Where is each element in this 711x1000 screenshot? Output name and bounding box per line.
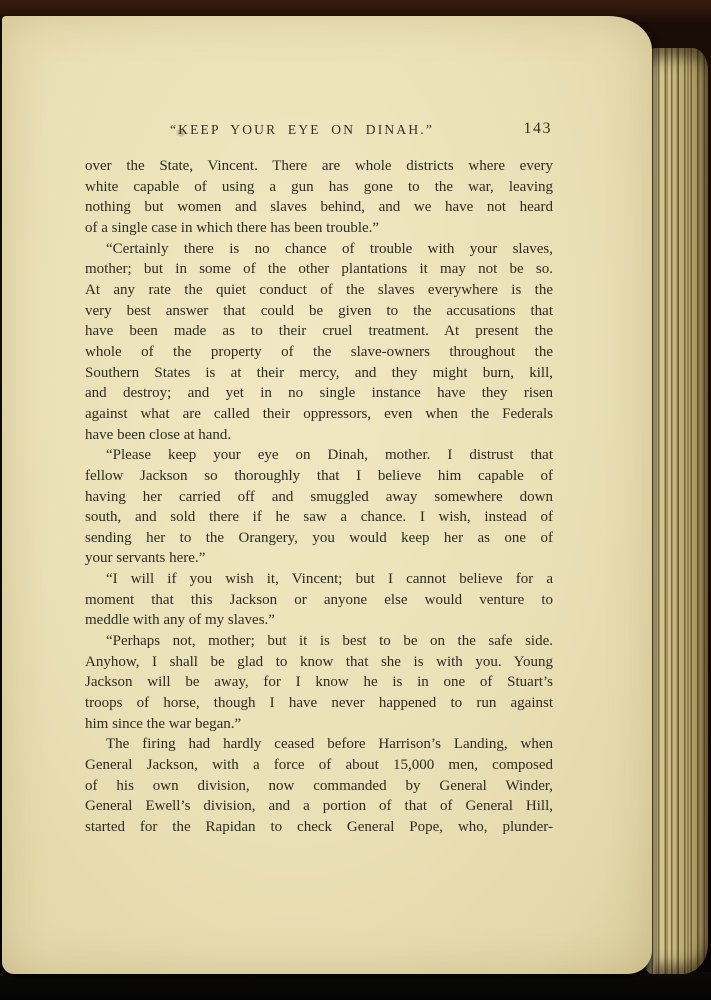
text-line: Anyhow, I shall be glad to know that she… — [85, 652, 553, 673]
text-line: moment that this Jackson or anyone else … — [85, 590, 553, 611]
text-line: over the State, Vincent. There are whole… — [85, 156, 553, 177]
paragraph: “Certainly there is no chance of trouble… — [85, 239, 553, 446]
text-line: have been made as to their cruel treatme… — [85, 321, 553, 342]
text-line: having her carried off and smuggled away… — [85, 487, 553, 508]
text-line: started for the Rapidan to check General… — [85, 817, 553, 838]
text-line: have been close at hand. — [85, 425, 553, 446]
paragraph: “Please keep your eye on Dinah, mother. … — [85, 445, 553, 569]
running-header: “KEEP YOUR EYE ON DINAH.” 143 — [85, 122, 553, 142]
paragraph: “I will if you wish it, Vincent; but I c… — [85, 569, 553, 631]
text-line: “Perhaps not, mother; but it is best to … — [85, 631, 553, 652]
text-line: him since the war began.” — [85, 714, 553, 735]
text-line: troops of horse, though I have never hap… — [85, 693, 553, 714]
paragraph: over the State, Vincent. There are whole… — [85, 156, 553, 239]
chapter-running-title: “KEEP YOUR EYE ON DINAH.” — [85, 122, 553, 138]
text-line: At any rate the quiet conduct of the sla… — [85, 280, 553, 301]
book-cover-bottom — [0, 972, 711, 1000]
text-line: white capable of using a gun has gone to… — [85, 177, 553, 198]
text-line: sending her to the Orangery, you would k… — [85, 528, 553, 549]
text-line: General Jackson, with a force of about 1… — [85, 755, 553, 776]
text-line: meddle with any of my slaves.” — [85, 610, 553, 631]
text-line: “Certainly there is no chance of trouble… — [85, 239, 553, 260]
paragraph: The firing had hardly ceased before Harr… — [85, 734, 553, 837]
text-line: Southern States is at their mercy, and t… — [85, 363, 553, 384]
text-line: The firing had hardly ceased before Harr… — [85, 734, 553, 755]
text-line: whole of the property of the slave-owner… — [85, 342, 553, 363]
text-line: south, and sold there if he saw a chance… — [85, 507, 553, 528]
text-line: fellow Jackson so thoroughly that I beli… — [85, 466, 553, 487]
page-edges-stack — [645, 48, 708, 974]
text-line: mother; but in some of the other plantat… — [85, 259, 553, 280]
text-line: nothing but women and slaves behind, and… — [85, 197, 553, 218]
paragraph: “Perhaps not, mother; but it is best to … — [85, 631, 553, 734]
text-line: very best answer that could be given to … — [85, 301, 553, 322]
text-line: and destroy; and yet in no single instan… — [85, 383, 553, 404]
text-line: against what are called their oppressors… — [85, 404, 553, 425]
page-body: over the State, Vincent. There are whole… — [85, 156, 553, 838]
page-number: 143 — [524, 120, 553, 138]
page-content: “KEEP YOUR EYE ON DINAH.” 143 over the S… — [85, 16, 553, 838]
book-page: “KEEP YOUR EYE ON DINAH.” 143 over the S… — [2, 16, 652, 974]
text-line: Jackson will be away, for I know he is i… — [85, 672, 553, 693]
text-line: of his own division, now commanded by Ge… — [85, 776, 553, 797]
text-line: “Please keep your eye on Dinah, mother. … — [85, 445, 553, 466]
text-line: “I will if you wish it, Vincent; but I c… — [85, 569, 553, 590]
text-line: of a single case in which there has been… — [85, 218, 553, 239]
text-line: your servants here.” — [85, 548, 553, 569]
text-line: General Ewell’s division, and a portion … — [85, 796, 553, 817]
book-scan: “KEEP YOUR EYE ON DINAH.” 143 over the S… — [0, 0, 711, 1000]
